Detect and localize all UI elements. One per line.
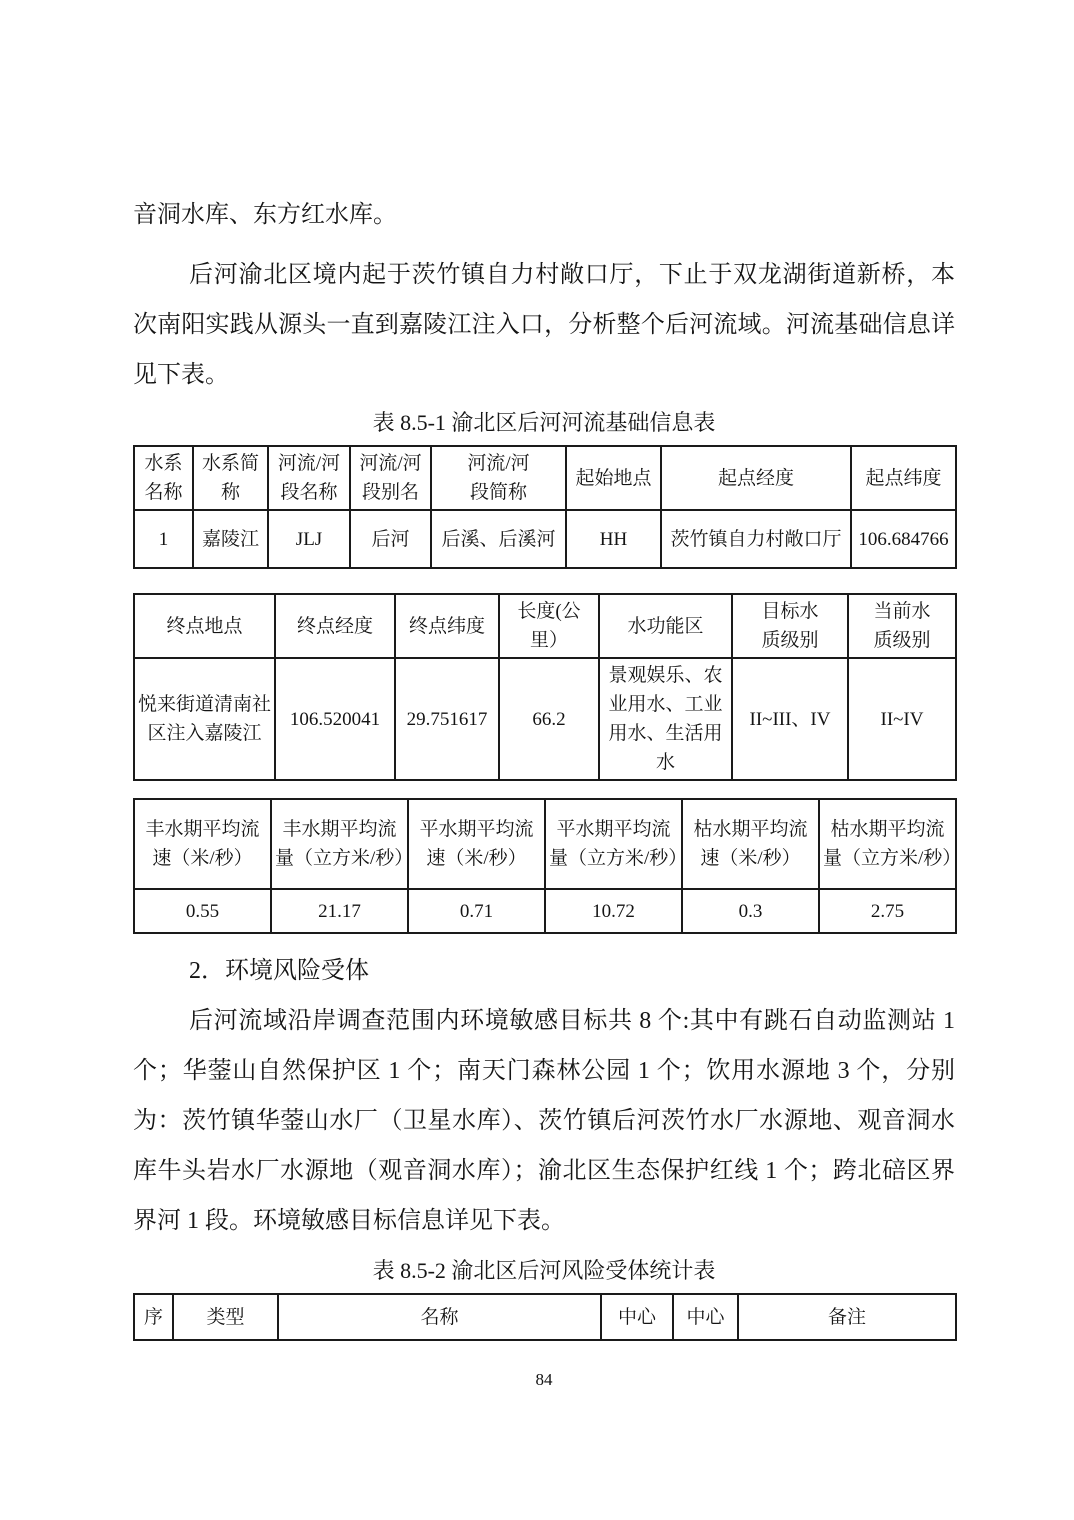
cell-river-code: JLJ [268, 510, 350, 568]
cell-end-longitude: 106.520041 [275, 658, 395, 780]
cell-water-function-zone: 景观娱乐、农业用水、工业用水、生活用水 [599, 658, 732, 780]
column-header-start-latitude: 起点纬度 [851, 446, 956, 510]
column-header-center-2: 中心 [673, 1294, 738, 1340]
risk-receptor-table-header: 序 类型 名称 中心 中心 备注 [133, 1293, 957, 1341]
column-header-water-system-abbr: 水系简称 [193, 446, 268, 510]
table-caption-8-5-2: 表 8.5-2 渝北区后河风险受体统计表 [133, 1254, 955, 1288]
column-header-name: 名称 [278, 1294, 601, 1340]
table-header-row: 序 类型 名称 中心 中心 备注 [134, 1294, 956, 1340]
cell-river-alias: 后溪、后溪河 [431, 510, 566, 568]
table-row: 0.55 21.17 0.71 10.72 0.3 2.75 [134, 889, 956, 933]
cell-wet-season-velocity: 0.55 [134, 889, 271, 933]
table-header-row: 丰水期平均流速（米/秒） 丰水期平均流量（立方米/秒） 平水期平均流速（米/秒）… [134, 799, 956, 889]
column-header-end-latitude: 终点纬度 [395, 594, 499, 658]
paragraph-river-overview: 后河渝北区境内起于茨竹镇自力村敞口厅，下止于双龙湖街道新桥，本次南阳实践从源头一… [133, 250, 955, 400]
column-header-current-water-quality: 当前水质级别 [848, 594, 956, 658]
column-header-remarks: 备注 [738, 1294, 956, 1340]
page-number: 84 [133, 1367, 955, 1393]
column-header-end-longitude: 终点经度 [275, 594, 395, 658]
cell-end-latitude: 29.751617 [395, 658, 499, 780]
cell-dry-season-velocity: 0.3 [682, 889, 819, 933]
cell-target-water-quality: II~III、IV [732, 658, 848, 780]
column-header-dry-season-flow: 枯水期平均流量（立方米/秒） [819, 799, 956, 889]
river-basic-info-table-part3: 丰水期平均流速（米/秒） 丰水期平均流量（立方米/秒） 平水期平均流速（米/秒）… [133, 798, 957, 934]
river-basic-info-table-part2: 终点地点 终点经度 终点纬度 长度(公里） 水功能区 目标水质级别 当前水质级别… [133, 593, 957, 781]
document-page: 音洞水库、东方红水库。 后河渝北区境内起于茨竹镇自力村敞口厅，下止于双龙湖街道新… [0, 0, 1074, 1520]
paragraph-continued: 音洞水库、东方红水库。 [133, 190, 955, 240]
cell-start-longitude: 106.684766 [851, 510, 956, 568]
column-header-normal-season-flow: 平水期平均流量（立方米/秒） [545, 799, 682, 889]
column-header-start-longitude: 起点经度 [661, 446, 851, 510]
table-header-row: 水系名称 水系简称 河流/河段名称 河流/河段别名 河流/河段简称 起始地点 起… [134, 446, 956, 510]
cell-normal-season-velocity: 0.71 [408, 889, 545, 933]
column-header-end-location: 终点地点 [134, 594, 275, 658]
cell-dry-season-flow: 2.75 [819, 889, 956, 933]
page-content: 音洞水库、东方红水库。 后河渝北区境内起于茨竹镇自力村敞口厅，下止于双龙湖街道新… [133, 0, 955, 1393]
section-heading-environmental-risk-receptors: 2．环境风险受体 [133, 946, 955, 996]
paragraph-sensitive-targets: 后河流域沿岸调查范围内环境敏感目标共 8 个:其中有跳石自动监测站 1 个；华蓥… [133, 996, 955, 1246]
column-header-start-location: 起始地点 [566, 446, 661, 510]
column-header-dry-season-velocity: 枯水期平均流速（米/秒） [682, 799, 819, 889]
cell-start-location: 茨竹镇自力村敞口厅 [661, 510, 851, 568]
column-header-length-km: 长度(公里） [499, 594, 599, 658]
table-row: 1 嘉陵江 JLJ 后河 后溪、后溪河 HH 茨竹镇自力村敞口厅 106.684… [134, 510, 956, 568]
cell-river-name: 后河 [350, 510, 431, 568]
table-row: 悦来街道清南社区注入嘉陵江 106.520041 29.751617 66.2 … [134, 658, 956, 780]
cell-length: 66.2 [499, 658, 599, 780]
column-header-river-segment-abbr: 河流/河段简称 [431, 446, 566, 510]
column-header-target-water-quality: 目标水质级别 [732, 594, 848, 658]
column-header-wet-season-flow: 丰水期平均流量（立方米/秒） [271, 799, 408, 889]
cell-river-abbr: HH [566, 510, 661, 568]
cell-normal-season-flow: 10.72 [545, 889, 682, 933]
table-header-row: 终点地点 终点经度 终点纬度 长度(公里） 水功能区 目标水质级别 当前水质级别 [134, 594, 956, 658]
cell-index: 1 [134, 510, 193, 568]
column-header-river-segment-name: 河流/河段名称 [268, 446, 350, 510]
column-header-center-1: 中心 [601, 1294, 673, 1340]
cell-current-water-quality: II~IV [848, 658, 956, 780]
column-header-index: 序 [134, 1294, 173, 1340]
cell-end-location: 悦来街道清南社区注入嘉陵江 [134, 658, 275, 780]
column-header-river-segment-alias: 河流/河段别名 [350, 446, 431, 510]
river-basic-info-table-part1: 水系名称 水系简称 河流/河段名称 河流/河段别名 河流/河段简称 起始地点 起… [133, 445, 957, 569]
table-caption-8-5-1: 表 8.5-1 渝北区后河河流基础信息表 [133, 406, 955, 440]
column-header-water-function-zone: 水功能区 [599, 594, 732, 658]
cell-wet-season-flow: 21.17 [271, 889, 408, 933]
column-header-wet-season-velocity: 丰水期平均流速（米/秒） [134, 799, 271, 889]
column-header-normal-season-velocity: 平水期平均流速（米/秒） [408, 799, 545, 889]
cell-water-system: 嘉陵江 [193, 510, 268, 568]
column-header-type: 类型 [173, 1294, 278, 1340]
column-header-water-system-name: 水系名称 [134, 446, 193, 510]
